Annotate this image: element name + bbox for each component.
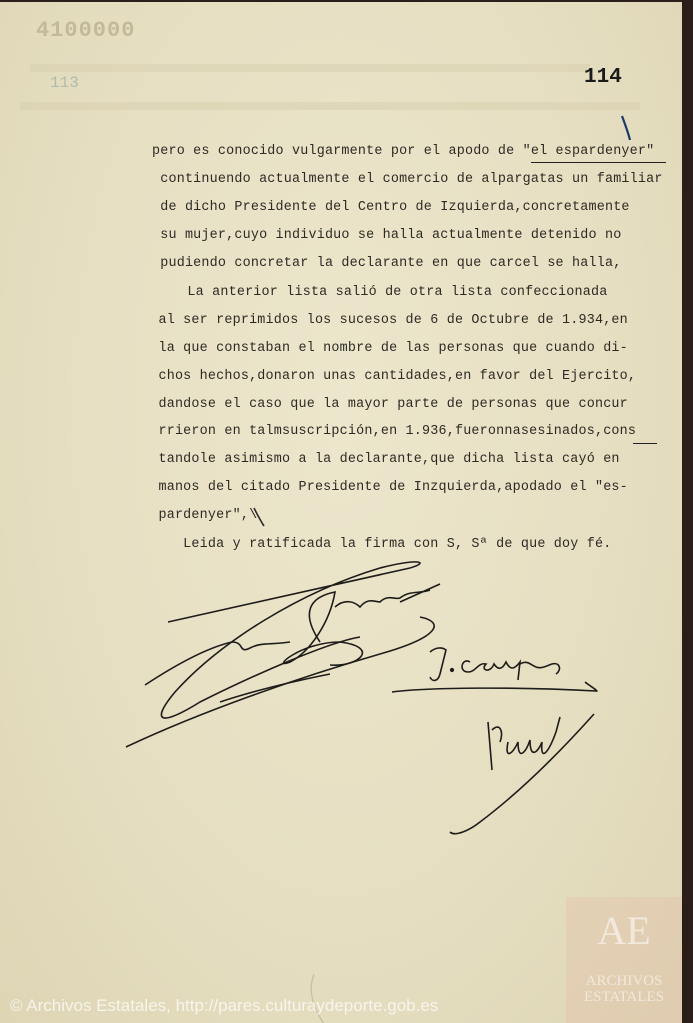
document-page: 4100000 113 114 pero es conocido vulgarm… <box>0 2 682 1023</box>
signature-initials <box>450 714 594 834</box>
logo-text-estatales: ESTATALES <box>566 989 682 1005</box>
scan-border <box>682 0 693 1023</box>
signature-castells <box>126 562 440 747</box>
signatures-area <box>0 2 682 1023</box>
logo-monogram: AE <box>566 909 682 953</box>
pen-backslash-mark-icon <box>252 506 266 528</box>
signature-caralps <box>392 648 597 692</box>
logo-text-archivos: ARCHIVOS <box>566 973 682 989</box>
copyright-watermark: © Archivos Estatales, http://pares.cultu… <box>10 996 438 1016</box>
archivos-estatales-logo: AE ARCHIVOS ESTATALES <box>566 897 682 1023</box>
